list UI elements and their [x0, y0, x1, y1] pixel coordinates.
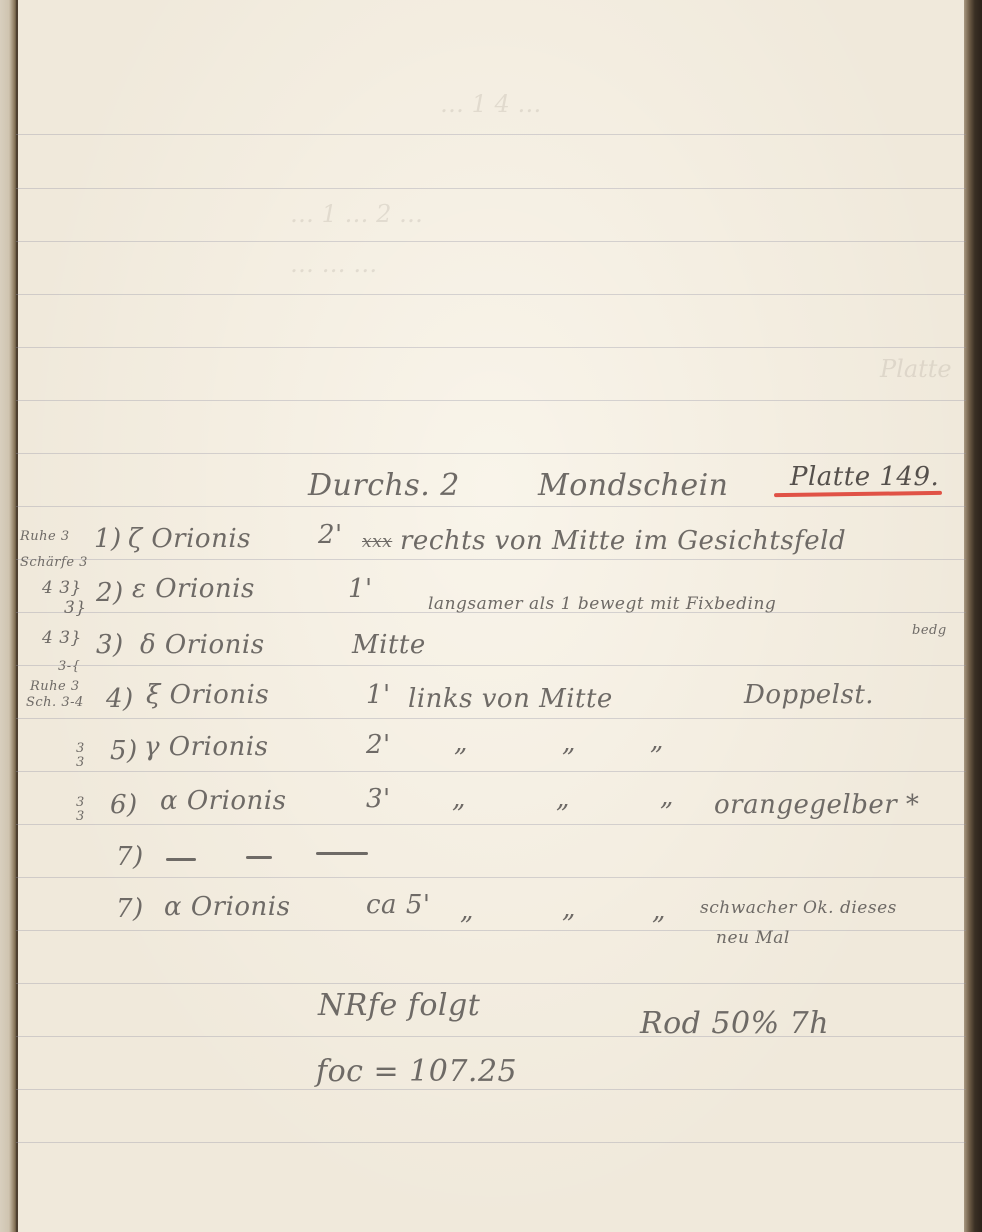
dash-mark: [166, 858, 196, 861]
entry-struck-text: xxx: [362, 532, 392, 552]
entry-star: δ Orionis: [140, 630, 265, 660]
entry-note: langsamer als 1 bewegt mit Fixbeding: [428, 594, 776, 614]
ruled-line: [16, 877, 966, 878]
dash-mark: [316, 852, 368, 855]
margin-note: 3: [76, 796, 85, 810]
dash-mark: [246, 856, 272, 859]
entry-number: 5): [110, 736, 138, 766]
margin-note: Schärfe 3: [20, 556, 88, 570]
entry-star: ε Orionis: [132, 574, 255, 604]
margin-note: 3}: [64, 598, 87, 618]
ditto-mark: „: [652, 896, 666, 926]
ruled-line: [16, 1142, 966, 1143]
ditto-mark: „: [562, 894, 576, 924]
plate-number: Platte 149.: [790, 462, 939, 492]
show-through-text: … … …: [290, 250, 377, 278]
entry-note-continuation: neu Mal: [716, 928, 790, 948]
ditto-mark: „: [562, 728, 576, 758]
margin-note: Sch. 3-4: [26, 696, 84, 710]
ruled-line: [16, 771, 966, 772]
entry-number: 1): [94, 524, 122, 554]
ditto-mark: „: [452, 784, 466, 814]
ruled-line: [16, 1089, 966, 1090]
ruled-line: [16, 294, 966, 295]
entry-star: ξ Orionis: [146, 680, 269, 710]
ruled-line: [16, 400, 966, 401]
footer-note: NRfe folgt: [318, 988, 480, 1023]
ruled-line: [16, 665, 966, 666]
ruled-line: [16, 134, 966, 135]
margin-note: 4 3}: [42, 578, 82, 598]
ruled-line: [16, 983, 966, 984]
entry-offset: 2': [318, 520, 343, 550]
entry-note: links von Mitte: [408, 684, 613, 714]
margin-note: 3: [76, 742, 85, 756]
margin-note: 3: [76, 756, 85, 770]
entry-offset: 3': [366, 784, 391, 814]
entry-offset: 1': [348, 574, 373, 604]
entry-number: 7): [116, 842, 144, 872]
ruled-line: [16, 241, 966, 242]
ruled-line: [16, 559, 966, 560]
ditto-mark: „: [650, 726, 664, 756]
entry-star: ζ Orionis: [128, 524, 251, 554]
entry-note-extra: Doppelst.: [744, 680, 874, 710]
entry-star: α Orionis: [160, 786, 286, 816]
entry-note-continuation: bedg: [912, 624, 947, 638]
ditto-mark: „: [460, 896, 474, 926]
ruled-line: [16, 506, 966, 507]
ditto-mark: „: [556, 784, 570, 814]
ditto-mark: „: [660, 782, 674, 812]
ruled-line: [16, 930, 966, 931]
entry-number: 6): [110, 790, 138, 820]
heading-subtitle: Mondschein: [538, 468, 729, 503]
entry-star: γ Orionis: [144, 732, 268, 762]
entry-offset: ca 5': [366, 890, 431, 920]
entry-number: 2): [96, 578, 124, 608]
ditto-mark: „: [454, 728, 468, 758]
show-through-text: … 1 … 2 …: [290, 200, 423, 228]
footer-right-note: Rod 50% 7h: [640, 1006, 829, 1041]
entry-number: 3): [96, 630, 124, 660]
entry-note-extra: schwacher Ok. dieses: [700, 898, 897, 918]
entry-offset: 2': [366, 730, 391, 760]
entry-note: rechts von Mitte im Gesichtsfeld: [400, 526, 846, 556]
show-through-text: Platte: [880, 355, 952, 383]
entry-note-extra: orangegelber *: [714, 790, 919, 820]
ruled-line: [16, 188, 966, 189]
entry-offset: 1': [366, 680, 391, 710]
entry-offset: Mitte: [352, 630, 426, 660]
entry-number: 4): [106, 684, 134, 714]
entry-number: 7): [116, 894, 144, 924]
show-through-text: … 1 4 …: [440, 90, 541, 118]
focus-value: foc = 107.25: [316, 1054, 517, 1089]
heading-title: Durchs. 2: [308, 468, 460, 503]
ruled-line: [16, 347, 966, 348]
ruled-line: [16, 718, 966, 719]
margin-note: Ruhe 3: [30, 680, 80, 694]
page-edge-right: [964, 0, 982, 1232]
margin-note: 3: [76, 810, 85, 824]
margin-note: 3-{: [58, 660, 80, 674]
margin-note: Ruhe 3: [20, 530, 70, 544]
margin-note: 4 3}: [42, 628, 82, 648]
ruled-line: [16, 453, 966, 454]
notebook-page: [16, 0, 968, 1232]
entry-star: α Orionis: [164, 892, 290, 922]
ruled-line: [16, 824, 966, 825]
